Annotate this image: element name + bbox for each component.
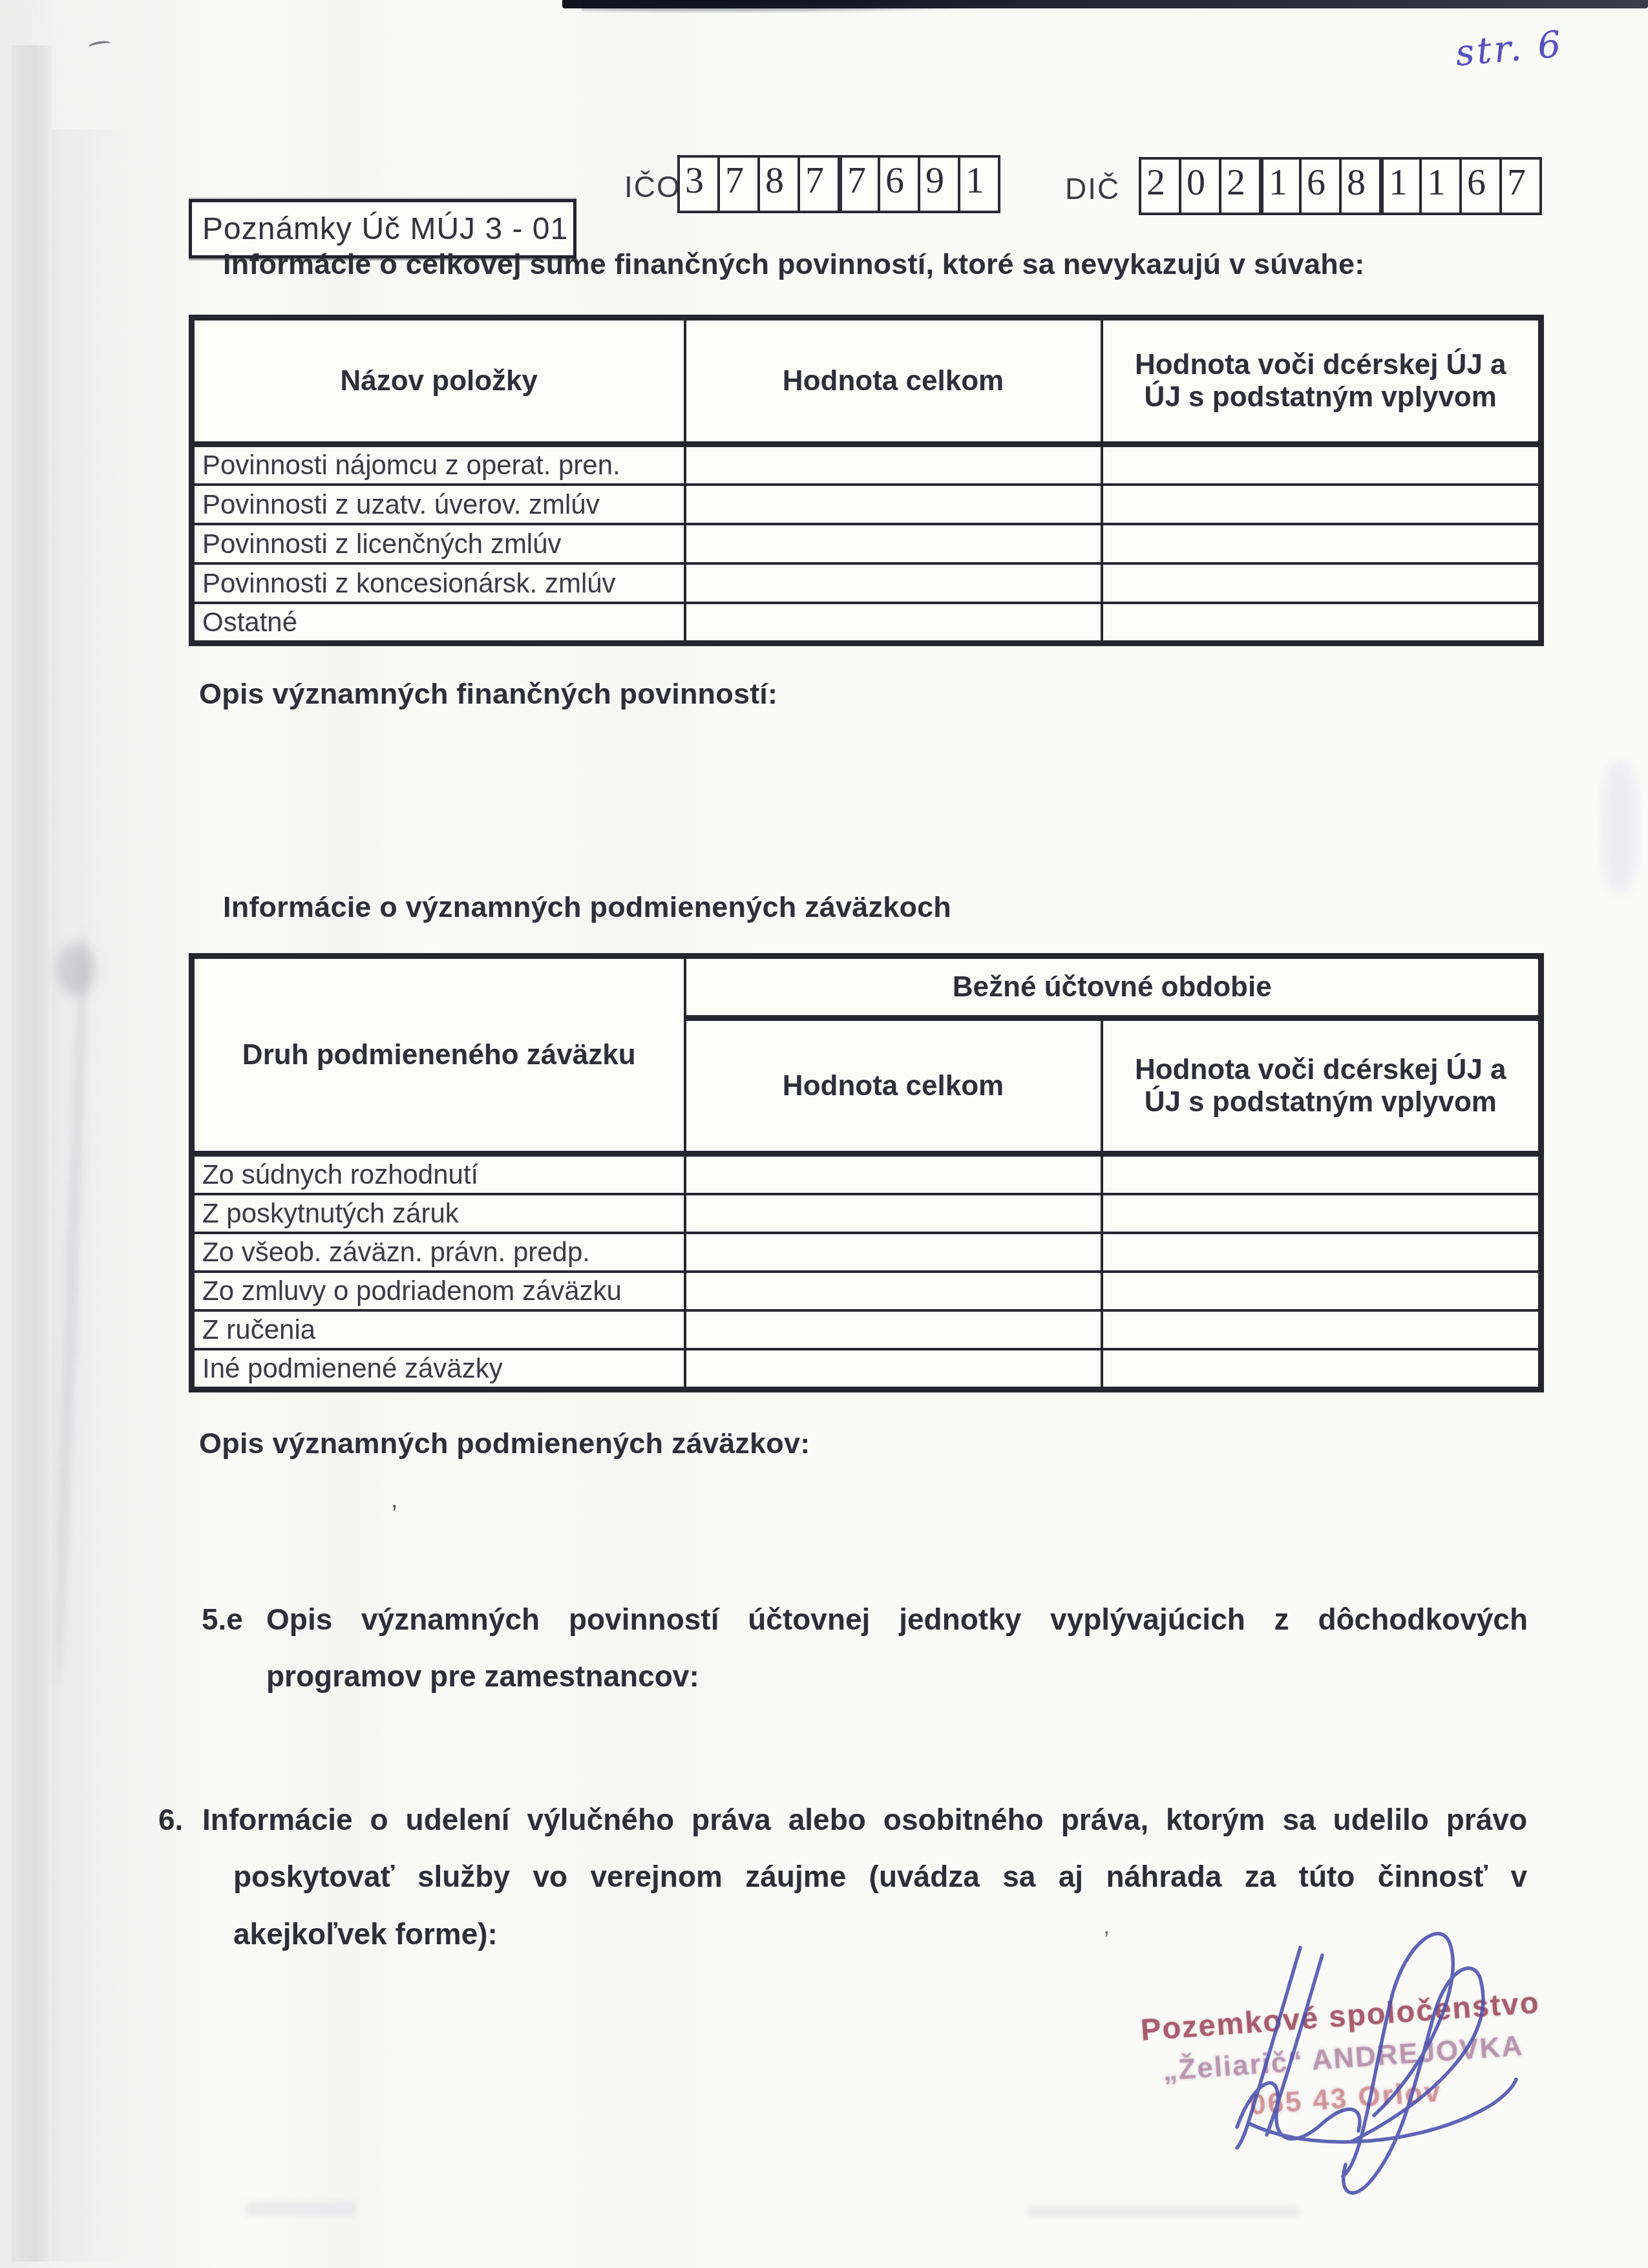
row-total-cell [685,1272,1102,1310]
row-total-cell [685,603,1102,644]
column-header-subsidiary: Hodnota voči dcérskej ÚJ a ÚJ s podstatn… [1102,318,1541,445]
row-label: Povinnosti z uzatv. úverov. zmlúv [192,485,685,524]
row-subsidiary-cell [1102,1349,1541,1390]
pen-tick-mark [88,39,111,51]
row-total-cell [685,1310,1102,1349]
dic-digit: 8 [1339,157,1382,215]
scanner-edge-bar-shadow [582,0,1047,13]
dic-digit-boxes: 2 0 2 1 6 8 1 1 6 7 [1139,157,1542,215]
ico-digit: 7 [838,155,880,213]
row-label: Povinnosti z koncesionársk. zmlúv [192,563,685,603]
ico-digit: 6 [878,155,920,213]
row-total-cell [685,1349,1102,1390]
dic-digit: 6 [1299,157,1342,215]
dic-digit: 7 [1499,157,1542,215]
page-fold-blob [57,943,96,995]
row-subsidiary-cell [1102,1233,1541,1272]
paragraph-number: 5.e [202,1591,243,1648]
table-row: Zo všeob. záväzn. právn. predp. [192,1233,1541,1272]
column-header-total: Hodnota celkom [685,318,1102,445]
section-contingent-heading: Informácie o významných podmienených záv… [223,890,951,924]
row-total-cell [685,1194,1102,1233]
dic-digit: 1 [1419,157,1462,215]
row-subsidiary-cell [1102,563,1541,603]
row-label: Ostatné [192,603,685,644]
handwritten-signature [1157,1907,1532,2211]
contingent-liabilities-table: Druh podmieneného záväzku Bežné účtovné … [189,953,1544,1392]
row-total-cell [685,445,1102,485]
table-row: Z ručenia [192,1310,1541,1349]
paragraph-line: poskytovať služby vo verejnom záujme (uv… [233,1848,1527,1905]
row-total-cell [685,524,1102,563]
table-row: Z poskytnutých záruk [192,1194,1541,1233]
column-header-name: Názov položky [192,318,685,445]
row-label: Povinnosti nájomcu z operat. pren. [192,445,685,485]
dic-label: DIČ [1065,171,1120,206]
row-subsidiary-cell [1102,485,1541,524]
row-subsidiary-cell [1102,445,1541,485]
opis-contingent-label: Opis významných podmienených záväzkov: [199,1427,810,1460]
dic-digit: 2 [1219,157,1262,215]
column-header-type: Druh podmieneného záväzku [192,956,685,1154]
paragraph-5e: 5.e Opis významných povinností účtovnej … [202,1591,1528,1705]
row-subsidiary-cell [1102,524,1541,563]
row-label: Z poskytnutých záruk [192,1194,685,1233]
handwritten-page-number: str. 6 [1454,19,1612,75]
section-financial-heading: Informácie o celkovej sume finančných po… [223,247,1364,281]
table-row: Zo zmluvy o podriadenom záväzku [192,1272,1541,1310]
opis-financial-label: Opis významných finančných povinností: [199,677,777,711]
table-row: Zo súdnych rozhodnutí [192,1154,1541,1195]
table-row: Ostatné [192,603,1541,644]
dic-digit: 0 [1179,157,1221,215]
row-label: Zo súdnych rozhodnutí [192,1154,685,1195]
period-header: Bežné účtovné obdobie [685,956,1541,1018]
paragraph-line: Informácie o udelení výlučného práva ale… [233,1791,1527,1848]
row-total-cell [685,563,1102,603]
stray-ink-dot: ‚ [392,1486,397,1514]
paragraph-line: Opis významných povinností účtovnej jedn… [266,1591,1528,1648]
ico-digit: 3 [677,155,720,213]
ico-label: IČO [624,169,681,204]
row-subsidiary-cell [1102,1154,1541,1195]
table-row: Povinnosti z koncesionársk. zmlúv [192,563,1541,603]
column-header-total: Hodnota celkom [685,1018,1102,1154]
scan-shadow-left [12,45,52,2262]
row-label: Z ručenia [192,1310,685,1349]
scan-smudge-bottom [246,2202,355,2215]
paragraph-number: 6. [158,1791,183,1848]
ico-digit: 7 [717,155,760,213]
ico-digit: 1 [958,155,1000,213]
row-label: Zo zmluvy o podriadenom záväzku [192,1272,685,1310]
row-total-cell [685,485,1102,524]
row-label: Iné podmienené záväzky [192,1349,685,1390]
paragraph-line: programov pre zamestnancov: [266,1648,1528,1705]
ico-digit: 9 [918,155,960,213]
ico-digit: 7 [798,155,840,213]
row-label: Zo všeob. záväzn. právn. predp. [192,1233,685,1272]
dic-digit: 2 [1139,157,1181,215]
row-subsidiary-cell [1102,1310,1541,1349]
row-subsidiary-cell [1102,1272,1541,1310]
row-subsidiary-cell [1102,603,1541,644]
scan-shadow-left-soft [52,129,129,2262]
dic-digit: 6 [1459,157,1502,215]
column-header-subsidiary: Hodnota voči dcérskej ÚJ a ÚJ s podstatn… [1102,1018,1541,1154]
row-label: Povinnosti z licenčných zmlúv [192,524,685,563]
table-row: Povinnosti nájomcu z operat. pren. [192,445,1541,485]
row-total-cell [685,1233,1102,1272]
scan-smudge-right [1601,762,1638,892]
dic-digit: 1 [1259,157,1302,215]
ico-digit: 8 [757,155,800,213]
table-row: Iné podmienené záväzky [192,1349,1541,1390]
scanned-form-page: ‚ ’ str. 6 Poznámky Úč MÚJ 3 - 01 IČO 3 … [0,0,1648,2268]
table-row: Povinnosti z uzatv. úverov. zmlúv [192,485,1541,524]
table-row: Povinnosti z licenčných zmlúv [192,524,1541,563]
row-subsidiary-cell [1102,1194,1541,1233]
financial-obligations-table: Názov položky Hodnota celkom Hodnota voč… [189,315,1544,646]
dic-digit: 1 [1379,157,1422,215]
ico-digit-boxes: 3 7 8 7 7 6 9 1 [677,155,1000,213]
row-total-cell [685,1154,1102,1195]
